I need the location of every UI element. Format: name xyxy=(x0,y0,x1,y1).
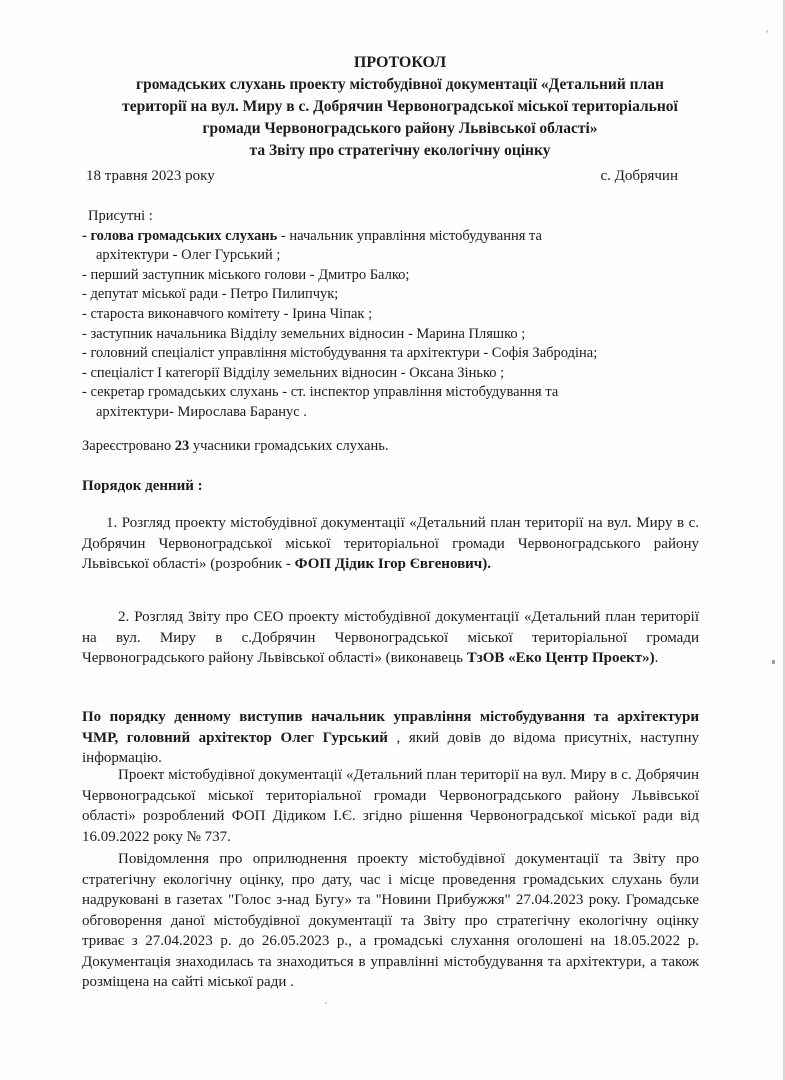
scan-speck xyxy=(325,1002,327,1004)
subtitle-line: та Звіту про стратегічну екологічну оцін… xyxy=(80,140,720,162)
attendee-item: - староста виконавчого комітету - Ірина … xyxy=(82,305,702,325)
registered-count-line: Зареєстровано 23 учасники громадських сл… xyxy=(82,438,389,455)
scanned-document-page: ПРОТОКОЛ громадських слухань проекту міс… xyxy=(0,0,785,1080)
attendees-heading: Присутні : xyxy=(82,207,702,227)
document-title: ПРОТОКОЛ xyxy=(80,52,720,74)
attendee-item: - депутат міської ради - Петро Пилипчук; xyxy=(82,285,702,305)
body-paragraph-2: Повідомлення про оприлюднення проекту мі… xyxy=(82,849,699,993)
document-date: 18 травня 2023 року xyxy=(86,168,215,185)
registered-suffix: учасники громадських слухань. xyxy=(189,438,388,454)
agenda-item-2: 2. Розгляд Звіту про СЕО проекту містобу… xyxy=(82,607,699,669)
attendee-item: - секретар громадських слухань - ст. інс… xyxy=(82,383,702,403)
subtitle-line: громади Червоноградського району Львівсь… xyxy=(80,118,720,140)
agenda-item-tail: . xyxy=(655,650,659,666)
date-place-row: 18 травня 2023 року с. Добрячин xyxy=(86,168,678,185)
speech-intro: По порядку денному виступив начальник уп… xyxy=(82,707,699,769)
attendee-role-bold: - голова громадських слухань xyxy=(82,228,277,244)
subtitle-line: громадських слухань проекту містобудівно… xyxy=(80,74,720,96)
agenda-item-bold: ФОП Дідик Ігор Євгенович). xyxy=(295,556,491,572)
scan-speck xyxy=(772,660,775,664)
body-paragraph-1: Проект містобудівної документації «Детал… xyxy=(82,765,699,847)
attendee-item: - перший заступник міського голови - Дми… xyxy=(82,266,702,286)
registered-count: 23 xyxy=(175,438,190,454)
attendee-item: - голова громадських слухань - начальник… xyxy=(82,227,702,247)
attendees-list: Присутні : - голова громадських слухань … xyxy=(82,207,702,423)
attendee-text: - начальник управління містобудування та xyxy=(277,228,542,244)
attendee-item: архітектури- Мирослава Баранус . xyxy=(82,403,702,423)
attendee-item: архітектури - Олег Гурський ; xyxy=(82,246,702,266)
subtitle-line: території на вул. Миру в с. Добрячин Чер… xyxy=(80,96,720,118)
document-header: ПРОТОКОЛ громадських слухань проекту міс… xyxy=(80,52,720,162)
attendee-item: - спеціаліст І категорії Відділу земельн… xyxy=(82,364,702,384)
attendee-item: - заступник начальника Відділу земельних… xyxy=(82,325,702,345)
document-place: с. Добрячин xyxy=(600,168,678,185)
attendee-item: - головний спеціаліст управління містобу… xyxy=(82,344,702,364)
agenda-item-1: 1. Розгляд проекту містобудівної докумен… xyxy=(82,513,699,575)
agenda-item-bold: ТзОВ «Еко Центр Проект») xyxy=(467,650,655,666)
agenda-heading: Порядок денний : xyxy=(82,478,203,495)
registered-prefix: Зареєстровано xyxy=(82,438,175,454)
scan-speck xyxy=(766,30,768,33)
